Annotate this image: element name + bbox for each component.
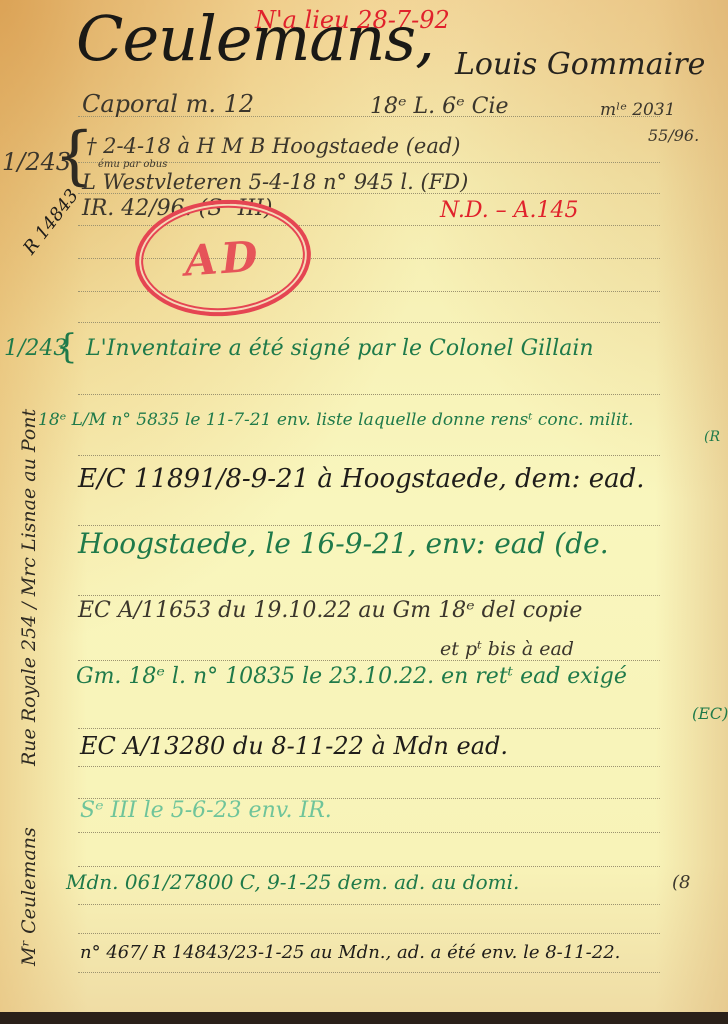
entry-margin-note: (8: [672, 874, 690, 892]
rank: Caporal m. 12: [82, 92, 254, 116]
ruled-line: [78, 322, 660, 323]
side-number: R 14843: [21, 187, 82, 258]
death-line-2: L Westvleteren 5-4-18 n° 945 l. (FD): [82, 172, 468, 193]
given-names: Louis Gommaire: [455, 50, 705, 80]
entry-hoogstaede: Hoogstaede, le 16-9-21, env: ead (de.: [78, 530, 609, 558]
red-nd-note: N.D. – A.145: [440, 200, 579, 222]
unit: 18ᵉ L. 6ᵉ Cie: [370, 96, 509, 118]
ruled-line: [78, 832, 660, 833]
entry-ec-11653: EC A/11653 du 19.10.22 au Gm 18ᵉ del cop…: [78, 600, 582, 622]
entry-list: 18ᵉ L/M n° 5835 le 11-7-21 env. liste la…: [38, 412, 634, 429]
ruled-line: [78, 766, 660, 767]
surname: Ceulemans,: [76, 8, 434, 70]
index-card: N'a lieu 28-7-92 Ceulemans, Louis Gommai…: [0, 0, 728, 1016]
matricule: mˡᵉ 2031: [600, 102, 676, 119]
death-line-1: † 2-4-18 à H M B Hoogstaede (ead): [86, 136, 460, 157]
ruled-line: [78, 972, 660, 973]
scan-edge: [0, 1012, 728, 1024]
entry-ec-11891: E/C 11891/8-9-21 à Hoogstaede, dem: ead.: [78, 466, 645, 492]
ruled-line: [78, 728, 660, 729]
entry-ec-11653-continuation: et pᵗ bis à ead: [440, 640, 574, 659]
ruled-line: [78, 933, 660, 934]
entry-gm-10835: Gm. 18ᵉ l. n° 10835 le 23.10.22. en retᵗ…: [76, 666, 627, 688]
ruled-line: [78, 455, 660, 456]
ruled-line: [78, 525, 660, 526]
entry-margin-note: (EC): [692, 706, 728, 722]
entry-margin-note: (R: [704, 430, 720, 444]
ruled-line: [78, 866, 660, 867]
ruled-line: [78, 595, 660, 596]
entry-pale-note: Sᵉ III le 5-6-23 env. IR.: [80, 800, 332, 822]
death-line-2-superscript: ému par obus: [98, 160, 167, 170]
ruled-line: [78, 904, 660, 905]
brace-icon: {: [56, 330, 78, 364]
entry-inventory: L'Inventaire a été signé par le Colonel …: [86, 338, 594, 360]
margin-address: Rue Royale 254 / Mrc Lisnae au Pont: [18, 409, 40, 766]
ruled-line: [78, 660, 660, 661]
ruled-line: [78, 394, 660, 395]
margin-addressee: Mʳ Ceulemans: [18, 827, 40, 966]
entry-ec-13280: EC A/13280 du 8-11-22 à Mdn ead.: [80, 734, 508, 758]
entry-n-467: n° 467/ R 14843/23-1-25 au Mdn., ad. a é…: [80, 944, 620, 962]
entry-mdn-061: Mdn. 061/27800 C, 9-1-25 dem. ad. au dom…: [66, 872, 519, 892]
stamp-text: AD: [183, 231, 263, 285]
reference-number: 55/96.: [648, 128, 699, 144]
